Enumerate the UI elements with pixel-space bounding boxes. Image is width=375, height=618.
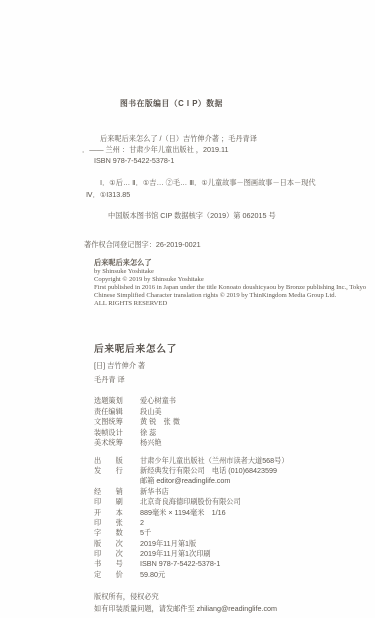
pub-row-printer: 印 刷 北京奇良海德印刷股份有限公司 xyxy=(94,497,348,507)
colophon-page: 图书在版编目（C I P）数据 后来呢后来怎么了 /（日）吉竹伸介著 ；毛丹青译… xyxy=(0,0,375,618)
copyright-notice: 后来呢后来怎么了 by Shinsuke Yoshitake Copyright… xyxy=(94,259,348,309)
credit-row: 美术统筹 杨兴艳 xyxy=(94,438,348,449)
credit-value: 徐 蕊 xyxy=(140,428,156,439)
cip-record: 后来呢后来怎么了 /（日）吉竹伸介著 ；毛丹青译 ．—— 兰州 ：甘肃少年儿童出… xyxy=(86,133,322,166)
pub-value: 2019年11月第1版 xyxy=(140,539,196,549)
credit-label: 选题策划 xyxy=(94,396,130,407)
cip-header: 图书在版编目（C I P）数据 xyxy=(120,98,348,109)
credit-value: 黄 锐 张 微 xyxy=(140,417,180,428)
quality-contact: 如有印装质量问题，请发邮件至 zhiliang@readinglife.com xyxy=(94,603,348,615)
pub-label: 经 销 xyxy=(94,487,130,497)
colophon-content: 图书在版编目（C I P）数据 后来呢后来怎么了 /（日）吉竹伸介著 ；毛丹青译… xyxy=(86,0,348,615)
pub-email: 邮箱 editor@readinglife.com xyxy=(140,476,230,486)
book-title-block: 后来呢后来怎么了 [日] 吉竹伸介 著 毛丹青 译 xyxy=(94,341,348,386)
credit-row: 装帧设计 徐 蕊 xyxy=(94,428,348,439)
credit-label: 装帧设计 xyxy=(94,428,130,439)
pub-value: ISBN 978-7-5422-5378-1 xyxy=(140,559,220,569)
pub-label: 出 版 xyxy=(94,456,130,466)
credit-label: 文图统筹 xyxy=(94,417,130,428)
pub-label: 印 张 xyxy=(94,518,130,528)
credit-label: 美术统筹 xyxy=(94,438,130,449)
cip-record-line: ．—— 兰州 ：甘肃少年儿童出版社 ，2019.11 xyxy=(82,144,322,155)
credit-row: 文图统筹 黄 锐 张 微 xyxy=(94,417,348,428)
book-author: [日] 吉竹伸介 著 xyxy=(94,361,348,371)
credit-row: 选题策划 爱心树童书 xyxy=(94,396,348,407)
book-title: 后来呢后来怎么了 xyxy=(94,341,348,355)
pub-row-publisher: 出 版 甘肃少年儿童出版社（兰州市读者大道568号） xyxy=(94,456,348,466)
pub-label: 字 数 xyxy=(94,528,130,538)
pub-value: 59.80元 xyxy=(140,570,165,580)
pub-value: 甘肃少年儿童出版社（兰州市读者大道568号） xyxy=(140,456,289,466)
pub-row-sheets: 印 张 2 xyxy=(94,518,348,528)
credit-value: 爱心树童书 xyxy=(140,396,176,407)
pub-value: 新经典发行有限公司 电话 (010)68423599 xyxy=(140,466,277,476)
pub-row-wordcount: 字 数 5千 xyxy=(94,528,348,538)
pub-row-distributor-email: 邮箱 editor@readinglife.com xyxy=(94,476,348,486)
copyright-line: Copyright © 2019 by Shinsuke Yoshitake xyxy=(94,276,348,284)
pub-row-format: 开 本 889毫米 × 1194毫米 1/16 xyxy=(94,508,348,518)
cip-archive-number: 中国版本图书馆 CIP 数据核字（2019）第 062015 号 xyxy=(108,211,348,221)
pub-label: 印 刷 xyxy=(94,497,130,507)
pub-value: 2019年11月第1次印刷 xyxy=(140,549,211,559)
cip-record-line: 后来呢后来怎么了 /（日）吉竹伸介著 ；毛丹青译 xyxy=(100,133,322,144)
credit-value: 段山美 xyxy=(140,407,162,418)
pub-label: 书 号 xyxy=(94,559,130,569)
pub-value: 新华书店 xyxy=(140,487,169,497)
pub-row-isbn: 书 号 ISBN 978-7-5422-5378-1 xyxy=(94,559,348,569)
pub-value: 北京奇良海德印刷股份有限公司 xyxy=(140,497,241,507)
pub-value: 889毫米 × 1194毫米 1/16 xyxy=(140,508,226,518)
pub-label: 发 行 xyxy=(94,466,130,476)
pub-label: 开 本 xyxy=(94,508,130,518)
copyright-registration-number: 著作权合同登记图字：26-2019-0021 xyxy=(84,240,348,250)
copyright-cn-title: 后来呢后来怎么了 xyxy=(94,259,348,267)
pub-row-impression: 印 次 2019年11月第1次印刷 xyxy=(94,549,348,559)
copyright-line: First published in 2016 in Japan under t… xyxy=(94,284,348,292)
pub-value: 2 xyxy=(140,518,144,528)
copyright-line: ALL RIGHTS RESERVED xyxy=(94,300,348,308)
pub-label: 定 价 xyxy=(94,570,130,580)
copyright-line: Chinese Simplified Character translation… xyxy=(94,292,348,300)
credit-label: 责任编辑 xyxy=(94,407,130,418)
copyright-warning: 版权所有，侵权必究 xyxy=(94,591,348,603)
pub-row-price: 定 价 59.80元 xyxy=(94,570,348,580)
credit-row: 责任编辑 段山美 xyxy=(94,407,348,418)
copyright-line: by Shinsuke Yoshitake xyxy=(94,268,348,276)
pub-row-distributor: 发 行 新经典发行有限公司 电话 (010)68423599 xyxy=(94,466,348,476)
cip-classification: Ⅰ．①后… Ⅱ．①吉… ②毛… Ⅲ．①儿童故事－图画故事－日本－现代 Ⅳ．①I3… xyxy=(86,177,328,200)
credits-list: 选题策划 爱心树童书 责任编辑 段山美 文图统筹 黄 锐 张 微 装帧设计 徐 … xyxy=(94,396,348,449)
credit-value: 杨兴艳 xyxy=(140,438,162,449)
pub-row-retailer: 经 销 新华书店 xyxy=(94,487,348,497)
legal-footer: 版权所有，侵权必究 如有印装质量问题，请发邮件至 zhiliang@readin… xyxy=(94,591,348,615)
publication-info-list: 出 版 甘肃少年儿童出版社（兰州市读者大道568号） 发 行 新经典发行有限公司… xyxy=(94,456,348,581)
pub-row-edition: 版 次 2019年11月第1版 xyxy=(94,539,348,549)
pub-label: 版 次 xyxy=(94,539,130,549)
book-translator: 毛丹青 译 xyxy=(94,375,348,385)
cip-isbn-line: ISBN 978-7-5422-5378-1 xyxy=(94,155,322,166)
pub-label: 印 次 xyxy=(94,549,130,559)
pub-value: 5千 xyxy=(140,528,151,538)
